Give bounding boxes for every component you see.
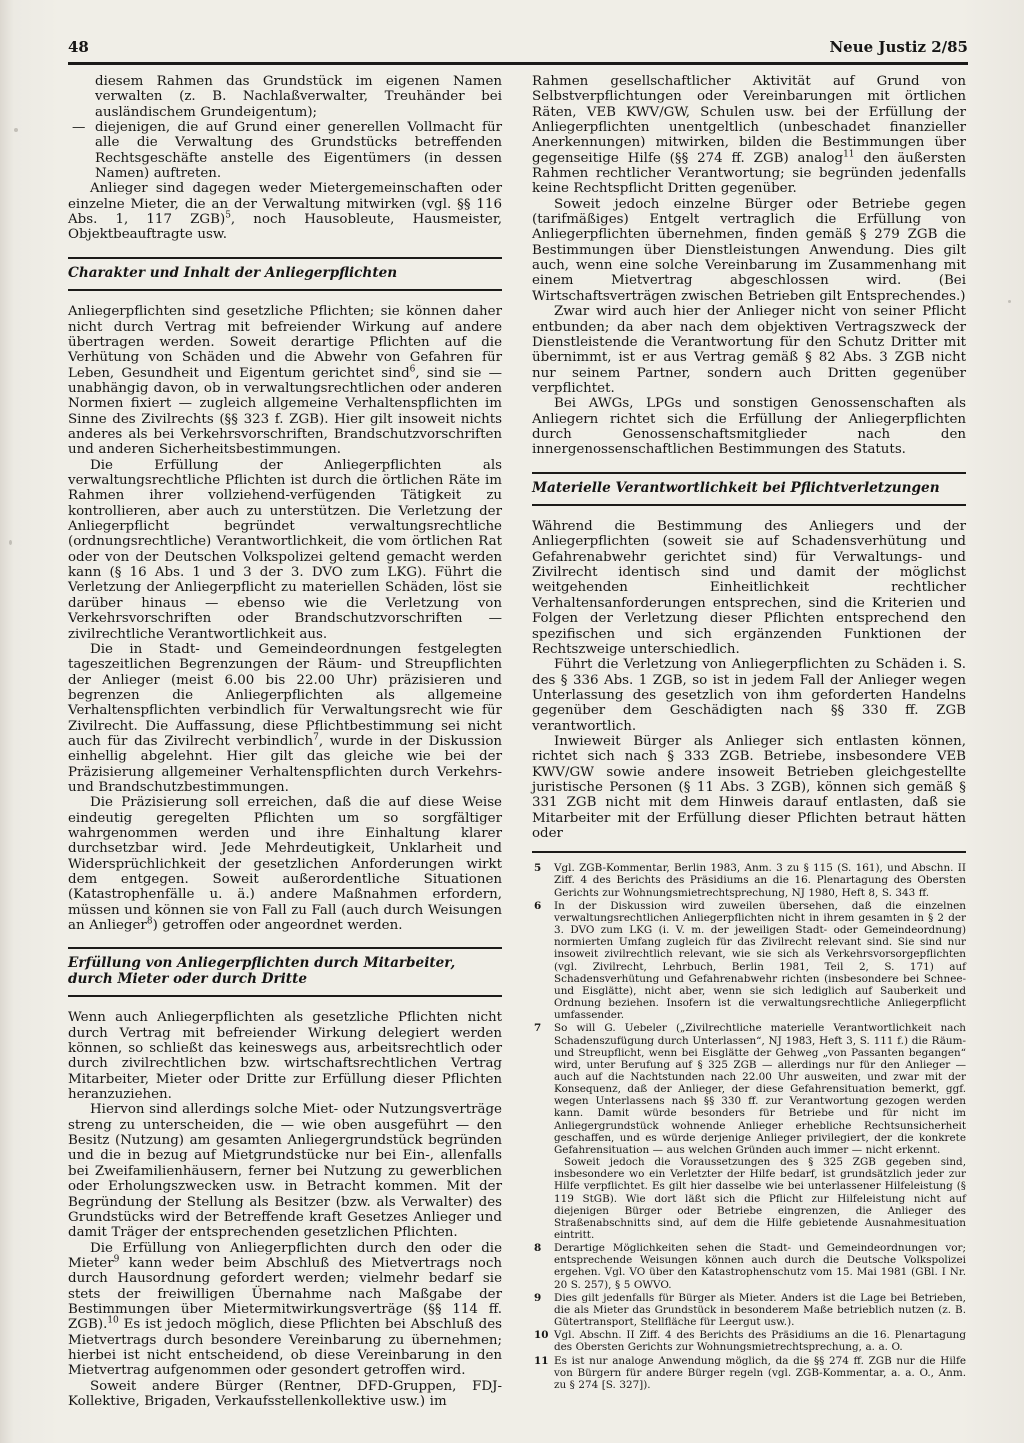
paragraph: Soweit jedoch einzelne Bürger oder Betri… — [532, 197, 966, 304]
section-heading: Charakter und Inhalt der Anliegerpflicht… — [68, 257, 502, 292]
list-item: —diejenigen, die auf Grund einer generel… — [68, 120, 502, 181]
paragraph: Anlieger sind dagegen weder Mietergemein… — [68, 181, 502, 242]
paragraph: Die in Stadt- und Gemeindeordnungen fest… — [68, 642, 502, 795]
footnote-text: Es ist nur analoge Anwendung möglich, da… — [554, 1355, 966, 1391]
paragraph: Während die Bestimmung des Anliegers und… — [532, 519, 966, 657]
footnote: 11Es ist nur analoge Anwendung möglich, … — [532, 1355, 966, 1391]
footnote-text: In der Diskussion wird zuweilen übersehe… — [554, 900, 966, 1022]
right-column: Rahmen gesellschaftlicher Aktivität auf … — [532, 74, 966, 1409]
paragraph: Wenn auch Anliegerpflichten als gesetzli… — [68, 1010, 502, 1102]
left-column: diesem Rahmen das Grundstück im eigenen … — [68, 74, 502, 1409]
paragraph: Hiervon sind allerdings solche Miet- ode… — [68, 1102, 502, 1240]
header-rule — [68, 62, 968, 65]
paragraph: Führt die Verletzung von Anliegerpflicht… — [532, 657, 966, 734]
paragraph: Die Erfüllung von Anliegerpflichten durc… — [68, 1241, 502, 1379]
footnote-number: 8 — [532, 1242, 554, 1291]
section-heading: Erfüllung von Anliegerpflichten durch Mi… — [68, 947, 502, 997]
paragraph: Bei AWGs, LPGs und sonstigen Genossensch… — [532, 396, 966, 457]
footnote-ref: 9 — [114, 1254, 120, 1264]
paragraph: Rahmen gesellschaftlicher Aktivität auf … — [532, 74, 966, 197]
footnote-text: Vgl. ZGB-Kommentar, Berlin 1983, Anm. 3 … — [554, 862, 966, 898]
footnote: 7So will G. Uebeler („Zivilrechtliche ma… — [532, 1022, 966, 1241]
footnote: 10Vgl. Abschn. II Ziff. 4 des Berichts d… — [532, 1329, 966, 1353]
paragraph: Soweit andere Bürger (Rentner, DFD-Grupp… — [68, 1379, 502, 1410]
footnote-number: 6 — [532, 900, 554, 1022]
list-item-text: diesem Rahmen das Grundstück im eigenen … — [95, 74, 502, 120]
footnote: 6In der Diskussion wird zuweilen überseh… — [532, 900, 966, 1022]
page-header: 48 Neue Justiz 2/85 — [68, 38, 968, 56]
footnote-number: 10 — [532, 1329, 554, 1353]
footnote-number: 5 — [532, 862, 554, 898]
journal-page: 48 Neue Justiz 2/85 diesem Rahmen das Gr… — [0, 0, 1024, 1443]
paragraph: Die Erfüllung der Anliegerpflichten als … — [68, 458, 502, 642]
page-number: 48 — [68, 38, 89, 56]
list-dash: — — [72, 120, 85, 135]
footnotes-list: 5Vgl. ZGB-Kommentar, Berlin 1983, Anm. 3… — [532, 862, 966, 1391]
footnote: 9Dies gilt jedenfalls für Bürger als Mie… — [532, 1292, 966, 1328]
journal-title: Neue Justiz 2/85 — [829, 38, 968, 56]
footnote-ref: 11 — [843, 149, 854, 159]
footnote: 5Vgl. ZGB-Kommentar, Berlin 1983, Anm. 3… — [532, 862, 966, 898]
footnote-ref: 10 — [107, 1316, 118, 1326]
footnote-text: Derartige Möglichkeiten sehen die Stadt-… — [554, 1242, 966, 1291]
footnote-ref: 7 — [313, 732, 319, 742]
section-heading: Materielle Verantwortlichkeit bei Pflich… — [532, 472, 966, 507]
footnote-text: Dies gilt jedenfalls für Bürger als Miet… — [554, 1292, 966, 1328]
footnote-number: 7 — [532, 1022, 554, 1241]
footnote: 8Derartige Möglichkeiten sehen die Stadt… — [532, 1242, 966, 1291]
paragraph: Zwar wird auch hier der Anlieger nicht v… — [532, 304, 966, 396]
paragraph: Inwieweit Bürger als Anlieger sich entla… — [532, 734, 966, 841]
footnote-text: Vgl. Abschn. II Ziff. 4 des Berichts des… — [554, 1329, 966, 1353]
paragraph: Anliegerpflichten sind gesetzliche Pflic… — [68, 304, 502, 457]
footnote-number: 11 — [532, 1355, 554, 1391]
footnote-ref: 8 — [147, 917, 153, 927]
footnote-number: 9 — [532, 1292, 554, 1328]
list-item: diesem Rahmen das Grundstück im eigenen … — [68, 74, 502, 120]
footnote-text: So will G. Uebeler („Zivilrechtliche mat… — [554, 1022, 966, 1241]
footnote-ref: 6 — [410, 364, 416, 374]
footnote-ref: 5 — [225, 211, 231, 221]
footnote-separator-rule — [532, 851, 966, 853]
list-item-text: diejenigen, die auf Grund einer generell… — [95, 120, 502, 181]
article-body: diesem Rahmen das Grundstück im eigenen … — [68, 74, 966, 1409]
paragraph: Die Präzisierung soll erreichen, daß die… — [68, 795, 502, 933]
